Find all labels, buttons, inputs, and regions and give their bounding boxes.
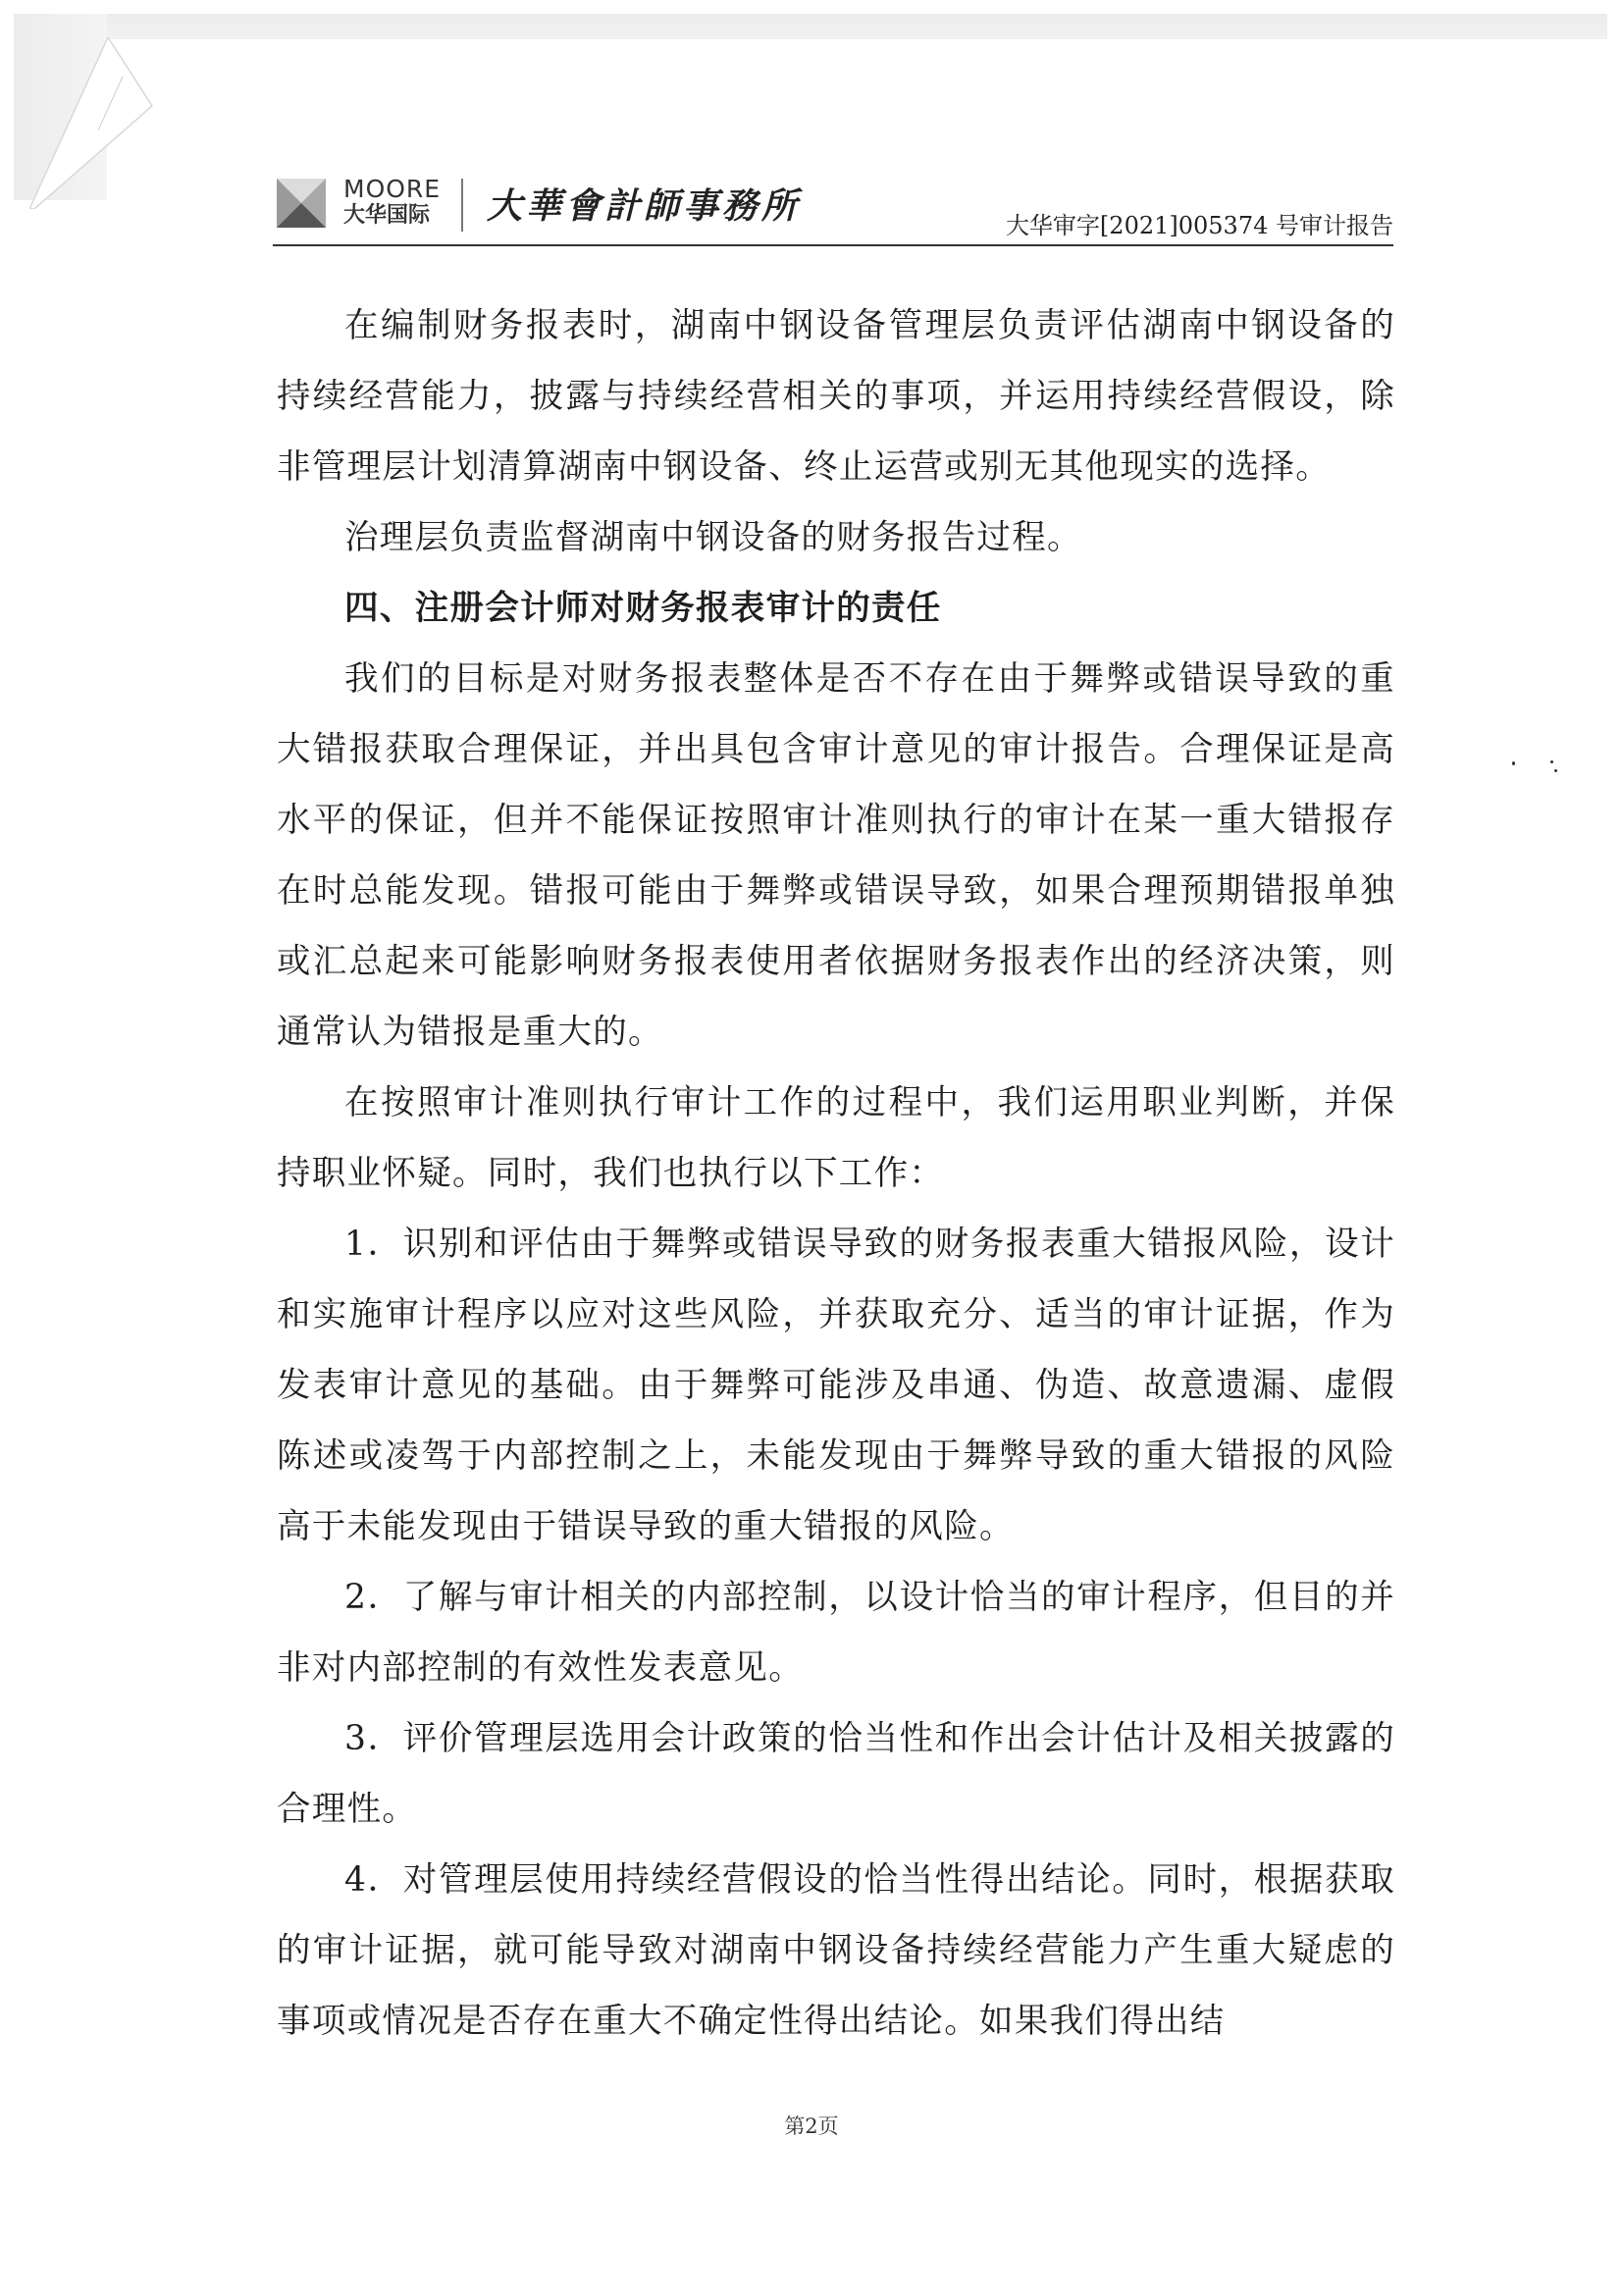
- report-number: 大华审字[2021]005374 号审计报告: [1006, 212, 1393, 239]
- section-heading: 四、注册会计师对财务报表审计的责任: [277, 573, 1395, 644]
- scan-speck: [1512, 761, 1515, 765]
- logo-text-cn: 大华国际: [343, 204, 430, 228]
- firm-name: 大華會計師事務所: [487, 186, 801, 226]
- list-item-4: 4．对管理层使用持续经营假设的恰当性得出结论。同时，根据获取的审计证据，就可能导…: [277, 1845, 1395, 2057]
- header-rule: [273, 244, 1393, 246]
- logo-text-en: MOORE: [343, 177, 441, 202]
- paragraph-going-concern: 在编制财务报表时，湖南中钢设备管理层负责评估湖南中钢设备的持续经营能力，披露与持…: [277, 290, 1395, 502]
- header-divider: [461, 179, 463, 232]
- list-item-2: 2．了解与审计相关的内部控制，以设计恰当的审计程序，但目的并非对内部控制的有效性…: [277, 1562, 1395, 1703]
- document-body: 在编制财务报表时，湖南中钢设备管理层负责评估湖南中钢设备的持续经营能力，披露与持…: [277, 290, 1395, 2057]
- folded-corner: [29, 37, 157, 209]
- paragraph-judgment: 在按照审计准则执行审计工作的过程中，我们运用职业判断，并保持职业怀疑。同时，我们…: [277, 1068, 1395, 1209]
- paragraph-governance: 治理层负责监督湖南中钢设备的财务报告过程。: [277, 502, 1395, 573]
- page-header: MOORE 大华国际 大華會計師事務所 大华审字[2021]005374 号审计…: [273, 175, 1393, 241]
- scan-speck: [1554, 769, 1557, 772]
- list-item-1: 1．识别和评估由于舞弊或错误导致的财务报表重大错报风险，设计和实施审计程序以应对…: [277, 1209, 1395, 1562]
- paragraph-objective: 我们的目标是对财务报表整体是否不存在由于舞弊或错误导致的重大错报获取合理保证，并…: [277, 644, 1395, 1068]
- list-item-3: 3．评价管理层选用会计政策的恰当性和作出会计估计及相关披露的合理性。: [277, 1703, 1395, 1845]
- page-number: 第2页: [0, 2111, 1623, 2140]
- moore-logo-icon: [277, 179, 326, 228]
- scan-edge-top: [14, 14, 1607, 39]
- scan-speck: [1550, 760, 1553, 763]
